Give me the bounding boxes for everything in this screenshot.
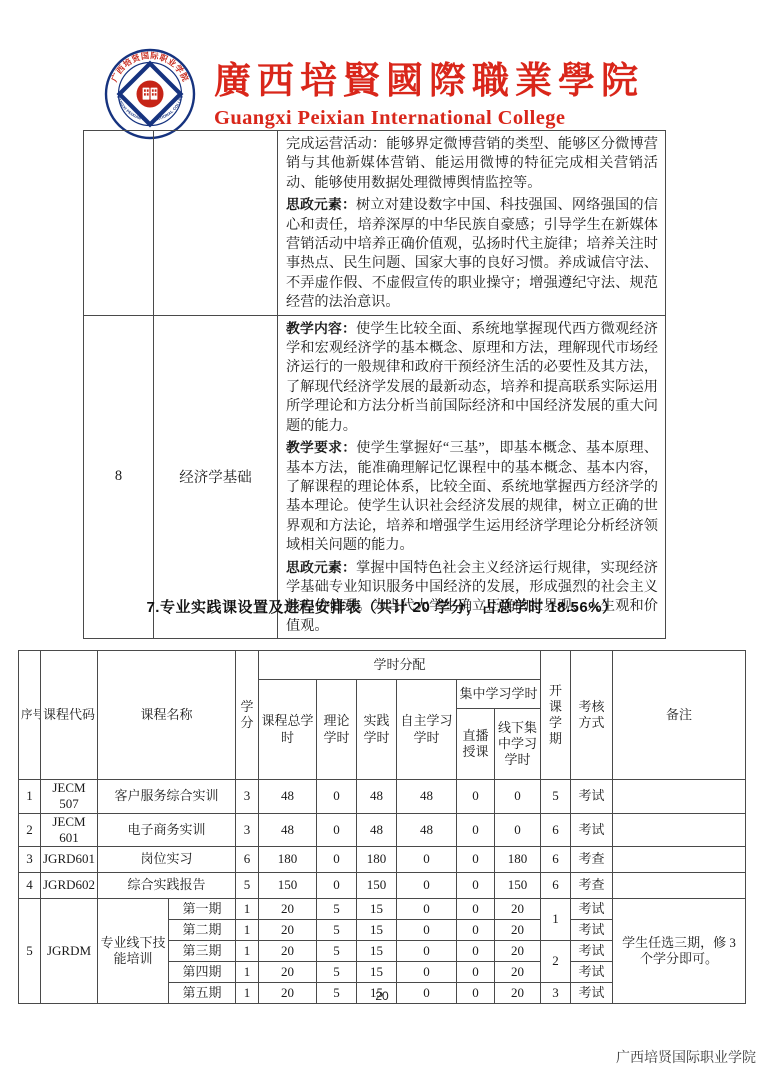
cell-self: 0 — [397, 899, 457, 920]
college-header: 广西培贤国际职业学院 GUANGXI PEIXIAN INTERNATIONAL… — [104, 46, 664, 130]
cell-live: 0 — [457, 920, 495, 941]
col-header-total-hours: 课程总学时 — [259, 680, 317, 780]
cell-code: JGRDM — [41, 899, 98, 1004]
cell-total: 20 — [259, 920, 317, 941]
cell-practice: 15 — [357, 962, 397, 983]
col-header-course-code: 课程代码 — [41, 651, 98, 780]
cell-course-no — [84, 131, 154, 316]
cell-assessment: 考试 — [571, 780, 613, 814]
paragraph-label: 教学要求： — [286, 440, 356, 455]
section-title: 7.专业实践课设置及进程安排表（共计 20 学分，占总学时 18.56%） — [0, 596, 764, 617]
col-header-theory-hours: 理论学时 — [317, 680, 357, 780]
cell-offline: 20 — [495, 920, 541, 941]
cell-credit: 1 — [236, 899, 259, 920]
cell-live: 0 — [457, 873, 495, 899]
cell-practice: 48 — [357, 813, 397, 847]
cell-total: 180 — [259, 847, 317, 873]
college-title-english: Guangxi Peixian International College — [214, 107, 664, 130]
cell-live: 0 — [457, 899, 495, 920]
cell-period: 第四期 — [169, 962, 236, 983]
cell-offline: 20 — [495, 899, 541, 920]
cell-term: 6 — [541, 873, 571, 899]
paragraph-label: 思政元素： — [286, 197, 356, 212]
cell-theory: 0 — [317, 780, 357, 814]
col-header-serial: 序号 — [19, 651, 41, 780]
cell-code: JGRD602 — [41, 873, 98, 899]
cell-practice: 15 — [357, 920, 397, 941]
col-header-term: 开课学期 — [541, 651, 571, 780]
cell-theory: 5 — [317, 899, 357, 920]
college-title-chinese: 廣西培賢國際職業學院 — [214, 50, 664, 104]
cell-note — [613, 780, 746, 814]
cell-course-content: 完成运营活动：能够界定微博营销的类型、能够区分微博营销与其他新媒体营销、能运用微… — [278, 131, 666, 316]
cell-self: 0 — [397, 873, 457, 899]
cell-period: 第二期 — [169, 920, 236, 941]
col-header-hours-allocation: 学时分配 — [259, 651, 541, 680]
cell-theory: 5 — [317, 941, 357, 962]
cell-note — [613, 813, 746, 847]
col-header-note: 备注 — [613, 651, 746, 780]
paragraph: 教学要求：使学生掌握好“三基”，即基本概念、基本原理、基本方法，能准确理解记忆课… — [286, 438, 658, 555]
cell-credit: 1 — [236, 920, 259, 941]
paragraph-text: 完成运营活动：能够界定微博营销的类型、能够区分微博营销与其他新媒体营销、能运用微… — [286, 136, 658, 191]
cell-theory: 0 — [317, 847, 357, 873]
cell-course-name — [154, 131, 278, 316]
cell-name: 电子商务实训 — [98, 813, 236, 847]
cell-offline: 0 — [495, 813, 541, 847]
col-header-live-teaching: 直播授课 — [457, 709, 495, 780]
cell-live: 0 — [457, 962, 495, 983]
cell-credit: 5 — [236, 873, 259, 899]
cell-self: 0 — [397, 941, 457, 962]
cell-credit: 1 — [236, 941, 259, 962]
col-header-offline-hours: 线下集中学习学时 — [495, 709, 541, 780]
cell-credit: 6 — [236, 847, 259, 873]
cell-assessment: 考试 — [571, 920, 613, 941]
cell-serial: 3 — [19, 847, 41, 873]
page-number: 20 — [0, 989, 764, 1003]
col-header-practice-hours: 实践学时 — [357, 680, 397, 780]
cell-code: JGRD601 — [41, 847, 98, 873]
cell-practice: 150 — [357, 873, 397, 899]
cell-total: 20 — [259, 941, 317, 962]
table-row: 3 JGRD601 岗位实习 6 180 0 180 0 0 180 6 考查 — [19, 847, 746, 873]
cell-assessment: 考查 — [571, 847, 613, 873]
cell-theory: 5 — [317, 920, 357, 941]
cell-offline: 0 — [495, 780, 541, 814]
cell-note — [613, 873, 746, 899]
cell-serial: 5 — [19, 899, 41, 1004]
paragraph: 完成运营活动：能够界定微博营销的类型、能够区分微博营销与其他新媒体营销、能运用微… — [286, 134, 658, 193]
col-header-assessment: 考核方式 — [571, 651, 613, 780]
cell-serial: 4 — [19, 873, 41, 899]
cell-code: JECM 601 — [41, 813, 98, 847]
cell-total: 20 — [259, 962, 317, 983]
cell-name: 客户服务综合实训 — [98, 780, 236, 814]
table-row: 2 JECM 601 电子商务实训 3 48 0 48 48 0 0 6 考试 — [19, 813, 746, 847]
col-header-concentrated-hours: 集中学习学时 — [457, 680, 541, 709]
cell-term: 2 — [541, 941, 571, 983]
paragraph: 教学内容：使学生比较全面、系统地掌握现代西方微观经济学和宏观经济学的基本概念、原… — [286, 319, 658, 436]
cell-offline: 180 — [495, 847, 541, 873]
cell-course-name: 经济学基础 — [154, 315, 278, 639]
cell-theory: 5 — [317, 962, 357, 983]
cell-self: 48 — [397, 780, 457, 814]
cell-practice: 15 — [357, 941, 397, 962]
cell-practice: 180 — [357, 847, 397, 873]
cell-live: 0 — [457, 813, 495, 847]
cell-course-content: 教学内容：使学生比较全面、系统地掌握现代西方微观经济学和宏观经济学的基本概念、原… — [278, 315, 666, 639]
header-row: 序号 课程代码 课程名称 学分 学时分配 开课学期 考核方式 备注 — [19, 651, 746, 680]
paragraph-text: 使学生掌握好“三基”，即基本概念、基本原理、基本方法，能准确理解记忆课程中的基本… — [286, 440, 658, 553]
cell-self: 0 — [397, 920, 457, 941]
cell-period: 第一期 — [169, 899, 236, 920]
cell-total: 150 — [259, 873, 317, 899]
cell-live: 0 — [457, 941, 495, 962]
footer-college-name: 广西培贤国际职业学院 — [616, 1047, 756, 1067]
cell-serial: 1 — [19, 780, 41, 814]
cell-term: 6 — [541, 847, 571, 873]
cell-course-no: 8 — [84, 315, 154, 639]
paragraph-label: 思政元素： — [286, 560, 356, 575]
cell-theory: 0 — [317, 873, 357, 899]
cell-total: 48 — [259, 780, 317, 814]
col-header-credit: 学分 — [236, 651, 259, 780]
cell-practice: 15 — [357, 899, 397, 920]
cell-live: 0 — [457, 847, 495, 873]
cell-assessment: 考试 — [571, 962, 613, 983]
cell-term: 5 — [541, 780, 571, 814]
table-row: 1 JECM 507 客户服务综合实训 3 48 0 48 48 0 0 5 考… — [19, 780, 746, 814]
cell-total: 20 — [259, 899, 317, 920]
table-row: 完成运营活动：能够界定微博营销的类型、能够区分微博营销与其他新媒体营销、能运用微… — [84, 131, 666, 316]
cell-offline: 20 — [495, 962, 541, 983]
cell-note — [613, 847, 746, 873]
table-row: 4 JGRD602 综合实践报告 5 150 0 150 0 0 150 6 考… — [19, 873, 746, 899]
table-row: 8 经济学基础 教学内容：使学生比较全面、系统地掌握现代西方微观经济学和宏观经济… — [84, 315, 666, 639]
cell-self: 0 — [397, 847, 457, 873]
cell-offline: 20 — [495, 941, 541, 962]
college-titles: 廣西培賢國際職業學院 Guangxi Peixian International… — [214, 50, 664, 130]
cell-serial: 2 — [19, 813, 41, 847]
paragraph: 思政元素：树立对建设数字中国、科技强国、网络强国的信心和责任，培养深厚的中华民族… — [286, 195, 658, 312]
cell-credit: 3 — [236, 813, 259, 847]
table-row: 5 JGRDM 专业线下技能培训 第一期 1 20 5 15 0 0 20 1 … — [19, 899, 746, 920]
cell-term: 6 — [541, 813, 571, 847]
cell-assessment: 考试 — [571, 941, 613, 962]
cell-term: 1 — [541, 899, 571, 941]
cell-name: 专业线下技能培训 — [98, 899, 169, 1004]
cell-assessment: 考试 — [571, 899, 613, 920]
cell-period: 第三期 — [169, 941, 236, 962]
cell-code: JECM 507 — [41, 780, 98, 814]
paragraph-label: 教学内容： — [286, 321, 356, 336]
cell-theory: 0 — [317, 813, 357, 847]
cell-offline: 150 — [495, 873, 541, 899]
col-header-course-name: 课程名称 — [98, 651, 236, 780]
cell-self: 0 — [397, 962, 457, 983]
cell-name: 综合实践报告 — [98, 873, 236, 899]
cell-total: 48 — [259, 813, 317, 847]
logo-center-circle — [137, 81, 164, 108]
document-page: 广西培贤国际职业学院 GUANGXI PEIXIAN INTERNATIONAL… — [0, 0, 764, 1080]
cell-practice: 48 — [357, 780, 397, 814]
cell-name: 岗位实习 — [98, 847, 236, 873]
cell-credit: 1 — [236, 962, 259, 983]
cell-assessment: 考查 — [571, 873, 613, 899]
cell-credit: 3 — [236, 780, 259, 814]
practice-schedule-table: 序号 课程代码 课程名称 学分 学时分配 开课学期 考核方式 备注 课程总学时 … — [18, 650, 746, 1004]
college-logo-icon: 广西培贤国际职业学院 GUANGXI PEIXIAN INTERNATIONAL… — [104, 48, 196, 140]
cell-live: 0 — [457, 780, 495, 814]
course-description-table: 完成运营活动：能够界定微博营销的类型、能够区分微博营销与其他新媒体营销、能运用微… — [83, 130, 666, 639]
cell-note: 学生任选三期，修 3 个学分即可。 — [613, 899, 746, 1004]
col-header-self-study-hours: 自主学习学时 — [397, 680, 457, 780]
cell-self: 48 — [397, 813, 457, 847]
paragraph-text: 使学生比较全面、系统地掌握现代西方微观经济学和宏观经济学的基本概念、原理和方法，… — [286, 321, 658, 434]
cell-assessment: 考试 — [571, 813, 613, 847]
paragraph-text: 树立对建设数字中国、科技强国、网络强国的信心和责任，培养深厚的中华民族自豪感；引… — [286, 197, 658, 310]
